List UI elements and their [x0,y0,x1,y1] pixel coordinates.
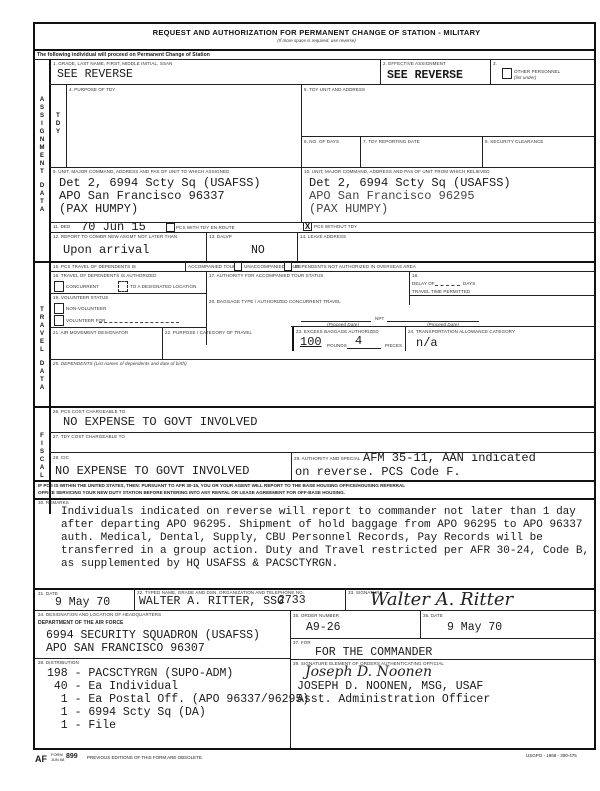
form-subtitle: (If more space is required, use reverse) [35,38,598,43]
volunteer-for-checkbox[interactable] [54,315,64,326]
side-label-fiscal: FISCAL [38,432,46,480]
grade-name-ssan-value[interactable]: SEE REVERSE [57,68,133,81]
previous-editions-note: PREVIOUS EDITIONS OF THIS FORM ARE OBSOL… [87,755,203,760]
pcs-without-tdy-checkbox[interactable]: X [303,222,312,231]
concurrent-checkbox[interactable] [54,281,64,292]
order-number-value[interactable]: A9-26 [306,621,341,634]
order-date-value[interactable]: 9 May 70 [447,621,502,634]
housing-notice-line2: OFFICE SERVICING YOUR NEW DUTY STATION B… [38,490,345,495]
dalvp-value[interactable]: NO [251,244,265,257]
remarks-line3[interactable]: auth. Medical, Dental, Supply, CBU Perso… [61,532,543,545]
official-title[interactable]: Asst. Administration Officer [297,693,490,706]
requester-signature: Walter A. Ritter [370,589,513,610]
transportation-allowance-value[interactable]: n/a [416,337,438,350]
form-date: JUN 68 [51,757,64,762]
remarks-line5[interactable]: as supplemented by HQ USAFSS & PACSCTYRG… [61,558,338,571]
form-number: 899 [66,753,78,760]
authority-line1[interactable]: AFM 35-11, AAN indicated [363,452,536,465]
form-title: REQUEST AND AUTHORIZATION FOR PERMANENT … [35,28,598,37]
report-not-later-than-value[interactable]: Upon arrival [63,244,149,257]
date-31-value[interactable]: 9 May 70 [55,596,110,609]
distribution-line4[interactable]: 1 - 6994 Scty Sq (DA) [47,706,206,719]
authority-line2[interactable]: on reverse. PCS Code F. [295,466,461,479]
intro-text: The following individual will proceed on… [37,52,210,58]
housing-notice-line1: IF PCS IS WITHIN THE UNITED STATES, THEN… [38,483,405,488]
excess-baggage-pounds[interactable]: 100 [300,336,322,349]
excess-baggage-pieces[interactable]: 4 [355,335,362,348]
remarks-line2[interactable]: after departing APO 96295. Shipment of h… [61,519,583,532]
pcs-cost-chargeable-value[interactable]: NO EXPENSE TO GOVT INVOLVED [63,416,257,429]
authenticating-signature: Joseph D. Noonen [305,664,432,680]
form-prefix: AF [35,754,47,764]
side-label-tdy: TDY [54,112,62,136]
designated-location-checkbox[interactable] [118,281,128,292]
distribution-line1[interactable]: 198 - PACSCTYRGN (SUPO-ADM) [47,667,233,680]
remarks-line1[interactable]: Individuals indicated on reverse will re… [61,506,576,519]
telephone-value[interactable]: 2733 [278,594,306,607]
department-name: DEPARTMENT OF THE AIR FORCE [38,620,123,626]
side-label-assignment: ASSIGNMENTDATA [38,96,46,214]
pcs-with-tdy-checkbox[interactable] [166,223,175,232]
non-volunteer-checkbox[interactable] [54,303,64,314]
unaccompanied-tour-checkbox[interactable] [284,262,292,271]
typed-name-value[interactable]: WALTER A. RITTER, SSG [139,595,284,608]
remarks-line4[interactable]: transferred in a group action. Duty and … [61,545,589,558]
hq-line1[interactable]: 6994 SECURITY SQUADRON (USAFSS) [46,629,260,642]
official-name[interactable]: JOSEPH D. NOONEN, MSG, USAF [297,680,483,693]
accompanied-tour-checkbox[interactable] [234,262,242,271]
pcs-order-form: REQUEST AND AUTHORIZATION FOR PERMANENT … [33,22,596,750]
for-the-commander[interactable]: FOR THE COMMANDER [315,646,432,659]
distribution-line3[interactable]: 1 - Ea Postal Off. (APO 96337/96295) [47,693,309,706]
cic-value[interactable]: NO EXPENSE TO GOVT INVOLVED [55,465,249,478]
hq-line2[interactable]: APO SAN FRANCISCO 96307 [46,642,205,655]
assigned-unit-line3[interactable]: (PAX HUMPY) [59,203,138,216]
distribution-line5[interactable]: 1 - File [47,719,116,732]
relieved-unit-line3[interactable]: (PAX HUMPY) [309,203,388,216]
distribution-line2[interactable]: 40 - Ea Individual [47,680,178,693]
other-personnel-checkbox[interactable] [502,68,512,79]
side-label-travel: TRAVELDATA [38,306,46,392]
effective-assignment-value[interactable]: SEE REVERSE [387,69,463,82]
gpo-code: USGPO - 1968 - 300-475 [526,753,577,758]
